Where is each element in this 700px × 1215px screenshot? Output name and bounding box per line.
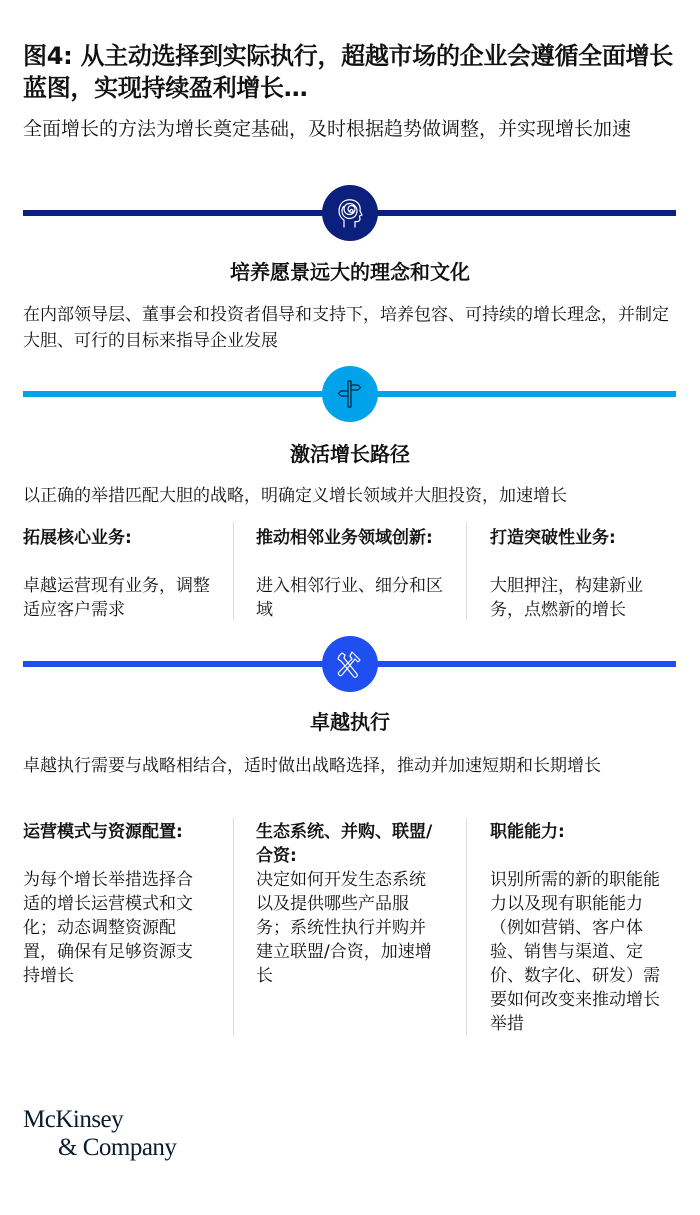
- section-1-description: 在内部领导层、董事会和投资者倡导和支持下，培养包容、可持续的增长理念，并制定大胆…: [23, 302, 678, 354]
- section-2-column-3: 打造突破性业务: 大胆押注，构建新业务，点燃新的增长: [490, 526, 675, 622]
- figure-title: 图4: 从主动选择到实际执行，超越市场的企业会遵循全面增长蓝图，实现持续盈利增长…: [23, 40, 683, 104]
- logo-line-1: McKinsey: [23, 1106, 176, 1134]
- section-3-column-3: 职能能力: 识别所需的新的职能能力以及现有职能能力（例如营销、客户体验、销售与渠…: [490, 820, 675, 1036]
- section-1-badge: [322, 185, 378, 241]
- column-body: 为每个增长举措选择合适的增长运营模式和文化；动态调整资源配置，确保有足够资源支持…: [23, 868, 208, 988]
- section-1-title: 培养愿景远大的理念和文化: [0, 258, 700, 286]
- column-heading: 生态系统、并购、联盟/合资:: [256, 820, 441, 868]
- section-2-badge: [322, 366, 378, 422]
- column-heading: 职能能力:: [490, 820, 675, 868]
- column-divider: [466, 818, 467, 1036]
- signpost-icon: [333, 377, 367, 411]
- column-body: 大胆押注，构建新业务，点燃新的增长: [490, 574, 675, 622]
- column-body: 进入相邻行业、细分和区域: [256, 574, 446, 622]
- column-body: 识别所需的新的职能能力以及现有职能能力（例如营销、客户体验、销售与渠道、定价、数…: [490, 868, 675, 1036]
- column-divider: [233, 522, 234, 620]
- column-divider: [466, 522, 467, 620]
- section-2-description: 以正确的举措匹配大胆的战略，明确定义增长领域并大胆投资，加速增长: [23, 483, 678, 509]
- column-heading: 拓展核心业务:: [23, 526, 218, 574]
- section-3-column-1: 运营模式与资源配置: 为每个增长举措选择合适的增长运营模式和文化；动态调整资源配…: [23, 820, 208, 988]
- logo-line-2: & Company: [23, 1134, 176, 1162]
- column-divider: [233, 818, 234, 1036]
- column-heading: 运营模式与资源配置:: [23, 820, 208, 868]
- column-body: 决定如何开发生态系统以及提供哪些产品服务；系统性执行并购并建立联盟/合资，加速增…: [256, 868, 441, 988]
- column-heading: 推动相邻业务领域创新:: [256, 526, 446, 574]
- section-3-description: 卓越执行需要与战略相结合，适时做出战略选择，推动并加速短期和长期增长: [23, 753, 678, 779]
- column-body: 卓越运营现有业务，调整适应客户需求: [23, 574, 218, 622]
- section-3-badge: [322, 636, 378, 692]
- section-2-column-2: 推动相邻业务领域创新: 进入相邻行业、细分和区域: [256, 526, 446, 622]
- head-spiral-icon: [333, 196, 367, 230]
- tools-icon: [333, 647, 367, 681]
- column-heading: 打造突破性业务:: [490, 526, 675, 574]
- mckinsey-logo: McKinsey & Company: [23, 1106, 176, 1162]
- section-2-column-1: 拓展核心业务: 卓越运营现有业务，调整适应客户需求: [23, 526, 218, 622]
- section-3-column-2: 生态系统、并购、联盟/合资: 决定如何开发生态系统以及提供哪些产品服务；系统性执…: [256, 820, 441, 988]
- section-3-title: 卓越执行: [0, 708, 700, 736]
- section-2-title: 激活增长路径: [0, 440, 700, 468]
- figure-subtitle: 全面增长的方法为增长奠定基础，及时根据趋势做调整，并实现增长加速: [23, 116, 683, 143]
